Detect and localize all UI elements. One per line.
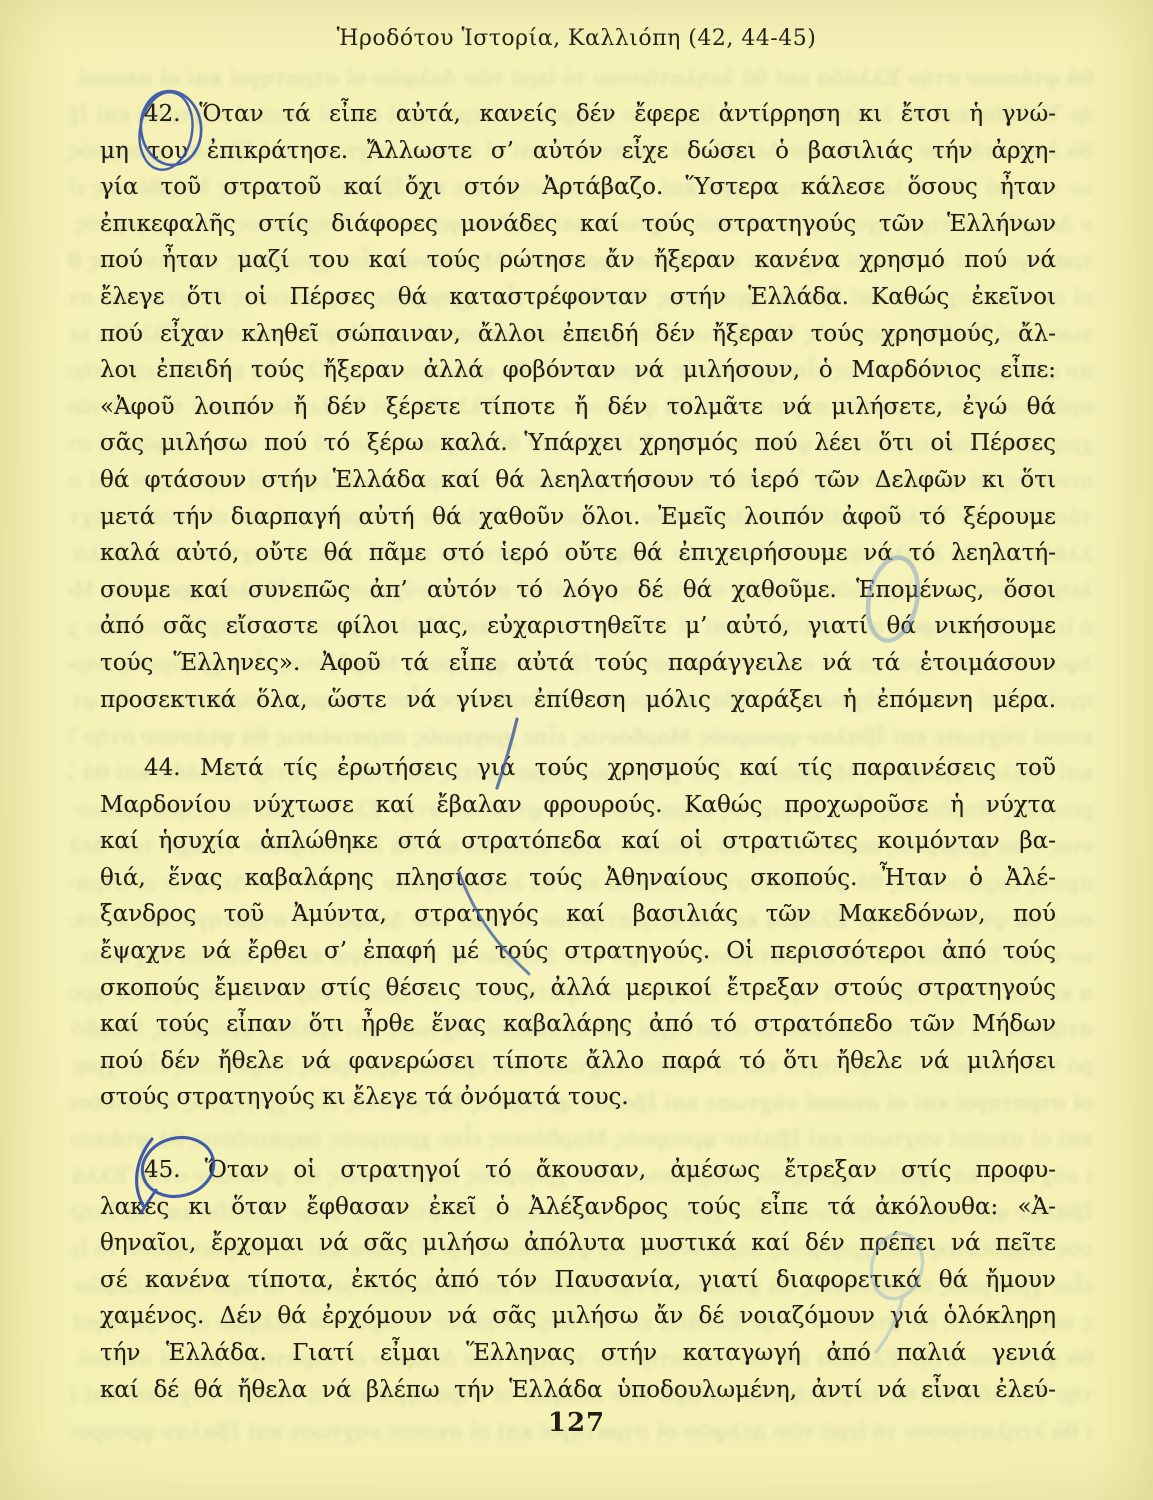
text-line: Μαρδονίου νύχτωσε καί ἔβαλαν φρουρούς. Κ… xyxy=(100,787,1056,824)
text-line: σέ κανένα τίποτα, ἐκτός ἀπό τόν Παυσανία… xyxy=(100,1262,1056,1299)
text-line: θά φτάσουν στήν Ἑλλάδα καί θά λεηλατήσου… xyxy=(100,462,1056,499)
text-line: σᾶς μιλήσω πού τό ξέρω καλά. Ὑπάρχει χρη… xyxy=(100,425,1056,462)
text-body: 42. Ὅταν τά εἶπε αὐτά, κανείς δέν ἔφερε … xyxy=(100,96,1056,1408)
text-line: στούς στρατηγούς κι ἔλεγε τά ὀνόματά του… xyxy=(100,1079,1056,1116)
text-line: γία τοῦ στρατοῦ καί ὄχι στόν Ἀρτάβαζο. Ὕ… xyxy=(100,169,1056,206)
text-line: «Ἀφοῦ λοιπόν ἤ δέν ξέρετε τίποτε ἤ δέν τ… xyxy=(100,389,1056,426)
text-line: 45. Ὅταν οἱ στρατηγοί τό ἄκουσαν, ἀμέσως… xyxy=(100,1152,1056,1189)
text-line: ἔψαχνε νά ἔρθει σ’ ἐπαφή μέ τούς στρατηγ… xyxy=(100,933,1056,970)
text-line: τήν Ἑλλάδα. Γιατί εἶμαι Ἕλληνας στήν κατ… xyxy=(100,1335,1056,1372)
running-header: Ἡροδότου Ἱστορία, Καλλιόπη (42, 44-45) xyxy=(0,26,1153,51)
book-page: θά φτάσουν στήν Ἑλλάδα καί θά λεηλατήσου… xyxy=(0,0,1153,1500)
text-line: ἐπικεφαλῆς στίς διάφορες μονάδες καί τού… xyxy=(100,206,1056,243)
text-line: μη του ἐπικράτησε. Ἄλλωστε σ’ αὐτόν εἶχε… xyxy=(100,133,1056,170)
text-line: μετά τήν διαρπαγή αὐτή θά χαθοῦν ὅλοι. Ἐ… xyxy=(100,499,1056,536)
paragraph-section-45: 45. Ὅταν οἱ στρατηγοί τό ἄκουσαν, ἀμέσως… xyxy=(100,1152,1056,1408)
text-line: ἀπό σᾶς εἴσαστε φίλοι μας, εὐχαριστηθεῖτ… xyxy=(100,608,1056,645)
text-line: χαμένος. Δέν θά ἐρχόμουν νά σᾶς μιλήσω ἄ… xyxy=(100,1298,1056,1335)
text-line: θιά, ἕνας καβαλάρης πλησίασε τούς Ἀθηναί… xyxy=(100,860,1056,897)
text-line: καί ἡσυχία ἁπλώθηκε στά στρατόπεδα καί ο… xyxy=(100,823,1056,860)
text-line: λακές κι ὅταν ἔφθασαν ἐκεῖ ὁ Ἀλέξανδρος … xyxy=(100,1189,1056,1226)
text-line: πού δέν ἤθελε νά φανερώσει τίποτε ἄλλο π… xyxy=(100,1043,1056,1080)
text-line: 44. Μετά τίς ἐρωτήσεις γιά τούς χρησμούς… xyxy=(100,750,1056,787)
text-line: καί τούς εἶπαν ὅτι ἦρθε ἕνας καβαλάρης ἀ… xyxy=(100,1006,1056,1043)
text-line: σουμε καί συνεπῶς ἀπ’ αὐτόν τό λόγο δέ θ… xyxy=(100,572,1056,609)
text-line: ἔλεγε ὅτι οἱ Πέρσες θά καταστρέφονταν στ… xyxy=(100,279,1056,316)
page-number: 127 xyxy=(0,1408,1153,1438)
text-line: τούς Ἕλληνες». Ἀφοῦ τά εἶπε αὐτά τούς πα… xyxy=(100,645,1056,682)
text-line: σκοπούς ἔμειναν στίς θέσεις τους, ἀλλά μ… xyxy=(100,970,1056,1007)
text-line: ξανδρος τοῦ Ἀμύντα, στρατηγός καί βασιλι… xyxy=(100,896,1056,933)
text-line: λοι ἐπειδή τούς ἤξεραν ἀλλά φοβόνταν νά … xyxy=(100,352,1056,389)
paragraph-section-44: 44. Μετά τίς ἐρωτήσεις γιά τούς χρησμούς… xyxy=(100,750,1056,1116)
text-line: προσεκτικά ὅλα, ὥστε νά γίνει ἐπίθεση μό… xyxy=(100,682,1056,719)
text-line: καί δέ θά ἤθελα νά βλέπω τήν Ἑλλάδα ὑποδ… xyxy=(100,1372,1056,1409)
text-line: πού ἦταν μαζί του καί τούς ρώτησε ἄν ἤξε… xyxy=(100,242,1056,279)
showthrough-row: θά φτάσουν στήν Ἑλλάδα καί θά λεηλατήσου… xyxy=(70,60,1093,97)
text-line: πού εἶχαν κληθεῖ σώπαιναν, ἄλλοι ἐπειδή … xyxy=(100,316,1056,353)
paragraph-section-42: 42. Ὅταν τά εἶπε αὐτά, κανείς δέν ἔφερε … xyxy=(100,96,1056,718)
text-line: 42. Ὅταν τά εἶπε αὐτά, κανείς δέν ἔφερε … xyxy=(100,96,1056,133)
text-line: θηναῖοι, ἔρχομαι νά σᾶς μιλήσω ἀπόλυτα μ… xyxy=(100,1225,1056,1262)
text-line: καλά αὐτό, οὔτε θά πᾶμε στό ἱερό οὔτε θά… xyxy=(100,535,1056,572)
